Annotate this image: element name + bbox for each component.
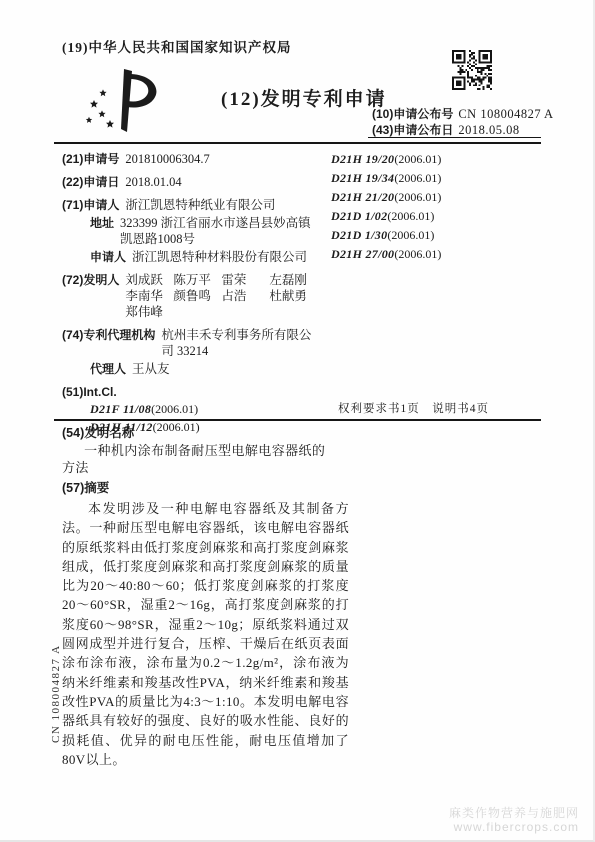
abstract-text: 本发明涉及一种电解电容器纸及其制备方法。一种耐压型电解电容器纸，该电解电容器纸的… <box>62 499 349 769</box>
intcl-row: (51)Int.Cl. <box>62 384 318 400</box>
ipc-entry: D21D 1/02(2006.01) <box>331 209 541 223</box>
pub-number-value: CN 108004827 A <box>458 106 553 122</box>
inventor-name: 占浩 <box>221 288 269 304</box>
pages-info: 权利要求书1页 说明书4页 <box>338 400 489 416</box>
invention-title-label: (54)发明名称 <box>62 425 372 441</box>
application-number-row: (21)申请号 201810006304.7 <box>62 151 318 167</box>
ipc-right-column: D21H 19/20(2006.01) D21H 19/34(2006.01) … <box>331 152 541 266</box>
inventor-name: 左磊刚 <box>269 272 317 288</box>
ipc-entry: D21F 11/08(2006.01) <box>90 402 318 416</box>
application-number-label: (21)申请号 <box>62 151 119 167</box>
inventor-name: 陈万平 <box>173 272 221 288</box>
cnipa-logo <box>72 66 158 136</box>
ipc-code: D21H 27/00 <box>331 247 394 261</box>
biblio-rule <box>54 419 541 421</box>
agent-row: 代理人 王从友 <box>62 361 318 377</box>
pub-date-label: (43)申请公布日 <box>372 122 453 138</box>
application-date-value: 2018.01.04 <box>125 174 318 190</box>
watermark-line1: 麻类作物营养与施肥网 <box>449 806 579 820</box>
inventor-name: 颜鲁鸣 <box>173 288 221 304</box>
agency-row: (74)专利代理机构 杭州丰禾专利事务所有限公司 33214 <box>62 327 318 359</box>
ipc-entry: D21H 19/20(2006.01) <box>331 152 541 166</box>
header-rule <box>54 142 541 144</box>
patent-front-page: (19)中华人民共和国国家知识产权局 (12)发明专利申请 (10)申请公布号 … <box>0 0 595 842</box>
ipc-code: D21H 19/20 <box>331 152 394 166</box>
ipc-version: (2006.01) <box>394 247 441 261</box>
application-date-row: (22)申请日 2018.01.04 <box>62 174 318 190</box>
application-number-value: 201810006304.7 <box>125 151 318 167</box>
issuing-office: (19)中华人民共和国国家知识产权局 <box>62 36 292 56</box>
inventor-name: 雷荣 <box>221 272 269 288</box>
applicant-label: (71)申请人 <box>62 197 119 213</box>
pub-block-rule <box>368 137 541 138</box>
agent-value: 王从友 <box>132 361 318 377</box>
application-date-label: (22)申请日 <box>62 174 119 190</box>
ipc-entry: D21D 1/30(2006.01) <box>331 228 541 242</box>
address-value: 323399 浙江省丽水市遂昌县妙高镇凯恩路1008号 <box>120 215 318 247</box>
invention-section: (54)发明名称 一种机内涂布制备耐压型电解电容器纸的方法 (57)摘要 本发明… <box>62 425 372 769</box>
pub-number-label: (10)申请公布号 <box>372 106 453 122</box>
ipc-code: D21H 19/34 <box>331 171 394 185</box>
ipc-version: (2006.01) <box>387 209 434 223</box>
address-label: 地址 <box>90 215 114 231</box>
invention-title: 一种机内涂布制备耐压型电解电容器纸的方法 <box>62 443 330 476</box>
ipc-code: D21D 1/30 <box>331 228 387 242</box>
inventors-row: (72)发明人 刘成跃陈万平雷荣左磊刚李南华颜鲁鸣占浩杜献勇郑伟峰 <box>62 272 318 320</box>
ipc-code: D21F 11/08 <box>90 402 151 416</box>
qr-code <box>452 50 492 90</box>
agency-value: 杭州丰禾专利事务所有限公司 33214 <box>161 327 318 359</box>
bibliographic-left-column: (21)申请号 201810006304.7 (22)申请日 2018.01.0… <box>62 151 318 438</box>
inventor-name: 刘成跃 <box>125 272 173 288</box>
inventors-list: 刘成跃陈万平雷荣左磊刚李南华颜鲁鸣占浩杜献勇郑伟峰 <box>125 272 318 320</box>
inventor-name: 杜献勇 <box>269 288 317 304</box>
applicant2-value: 浙江凯恩特种材料股份有限公司 <box>132 249 318 265</box>
applicant2-label: 申请人 <box>90 249 126 265</box>
inventor-name: 郑伟峰 <box>125 304 173 320</box>
ipc-entry: D21H 21/20(2006.01) <box>331 190 541 204</box>
ipc-version: (2006.01) <box>394 152 441 166</box>
applicant-row: (71)申请人 浙江凯恩特种纸业有限公司 <box>62 197 318 213</box>
ipc-version: (2006.01) <box>394 190 441 204</box>
ipc-version: (2006.01) <box>151 402 198 416</box>
agent-label: 代理人 <box>90 361 126 377</box>
applicant-value: 浙江凯恩特种纸业有限公司 <box>125 197 318 213</box>
address-row: 地址 323399 浙江省丽水市遂昌县妙高镇凯恩路1008号 <box>62 215 318 247</box>
logo-stars <box>86 89 114 127</box>
watermark: 麻类作物营养与施肥网 www.fibercrops.com <box>449 806 579 834</box>
publication-block: (10)申请公布号 CN 108004827 A (43)申请公布日 2018.… <box>372 106 554 138</box>
watermark-line2: www.fibercrops.com <box>449 820 579 834</box>
ipc-entry: D21H 27/00(2006.01) <box>331 247 541 261</box>
abstract-label: (57)摘要 <box>62 480 372 496</box>
side-publication-number: CN 108004827 A <box>50 641 62 743</box>
agency-label: (74)专利代理机构 <box>62 327 155 343</box>
applicant2-row: 申请人 浙江凯恩特种材料股份有限公司 <box>62 249 318 265</box>
ipc-code: D21D 1/02 <box>331 209 387 223</box>
ipc-version: (2006.01) <box>387 228 434 242</box>
ipc-version: (2006.01) <box>394 171 441 185</box>
intcl-label: (51)Int.Cl. <box>62 384 117 400</box>
document-type-title: (12)发明专利申请 <box>221 84 387 111</box>
ipc-entry: D21H 19/34(2006.01) <box>331 171 541 185</box>
pub-date-value: 2018.05.08 <box>458 122 519 138</box>
ipc-code: D21H 21/20 <box>331 190 394 204</box>
inventors-label: (72)发明人 <box>62 272 119 288</box>
inventor-name: 李南华 <box>125 288 173 304</box>
